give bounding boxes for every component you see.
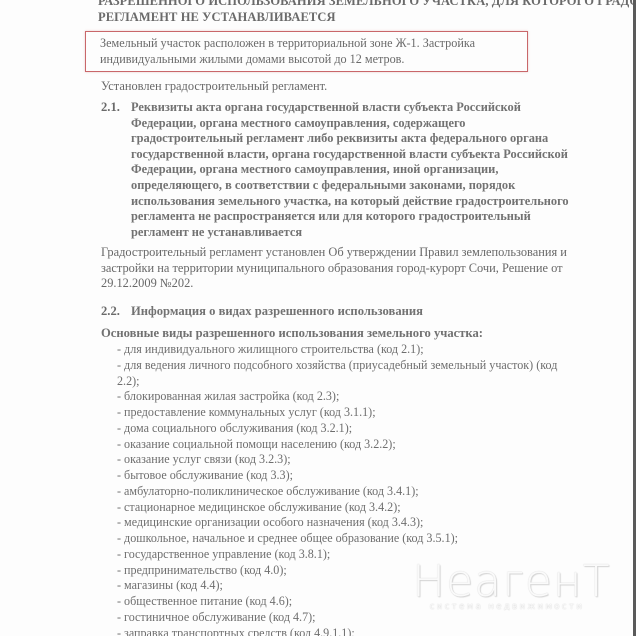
section-2-2-title: Информация о видах разрешенного использо… (131, 304, 423, 320)
list-item-text: - для индивидуального жилищного строител… (117, 342, 424, 356)
list-item: - дома социального обслуживания (код 3.2… (117, 421, 557, 437)
section-2-1-line: использования земельного участка, на кот… (131, 194, 569, 210)
list-item: - бытовое обслуживание (код 3.3); (117, 468, 557, 484)
highlight-box: Земельный участок расположен в территори… (85, 31, 528, 72)
list-item: - для индивидуального жилищного строител… (117, 342, 557, 358)
list-item: - медицинские организации особого назнач… (117, 515, 557, 531)
list-item-text: - блокированная жилая застройка (код 2.3… (117, 389, 339, 403)
section-2-1-line: Федерации, органа местного самоуправлени… (131, 116, 569, 132)
regulation-act-line-2: застройки на территории муниципального о… (101, 261, 567, 277)
regulation-act-line-3: 29.12.2009 №202. (101, 276, 567, 292)
list-item-text: - государственное управление (код 3.8.1)… (117, 547, 330, 561)
section-2-1-line: регламент не устанавливается (131, 225, 569, 241)
list-item: - гостиничное обслуживание (код 4.7); (117, 610, 557, 626)
list-item-text: - бытовое обслуживание (код 3.3); (117, 468, 293, 482)
list-item-text: - предоставление коммунальных услуг (код… (117, 405, 376, 419)
list-item-text: - оказание услуг связи (код 3.2.3); (117, 452, 291, 466)
section-2-1-line: государственной власти, органа государст… (131, 147, 569, 163)
list-item-text: - заправка транспортных средств (код 4.9… (117, 626, 355, 636)
section-2-1-body: Реквизиты акта органа государственной вл… (131, 100, 569, 240)
section-2-1-line: градостроительный регламент либо реквизи… (131, 131, 569, 147)
regulation-status: Установлен градостроительный регламент. (101, 79, 327, 95)
regulation-act: Градостроительный регламент установлен О… (101, 245, 567, 292)
main-uses-list: - для индивидуального жилищного строител… (117, 342, 557, 636)
list-item: - блокированная жилая застройка (код 2.3… (117, 389, 557, 405)
section-2-1-line: определяющего, в соответствии с федераль… (131, 178, 569, 194)
section-2-1-line: регламента не распространяется или для к… (131, 209, 569, 225)
list-item: - государственное управление (код 3.8.1)… (117, 547, 557, 563)
list-item: - предпринимательство (код 4.0); (117, 563, 557, 579)
list-item-text: - общественное питание (код 4.6); (117, 594, 292, 608)
list-item-text: - медицинские организации особого назнач… (117, 515, 423, 529)
list-item: - магазины (код 4.4); (117, 578, 557, 594)
regulation-act-line-1: Градостроительный регламент установлен О… (101, 245, 567, 261)
list-item: - амбулаторно-поликлиническое обслуживан… (117, 484, 557, 500)
highlight-line-2: индивидуальными жилыми домами высотой до… (100, 51, 475, 67)
list-item: - оказание социальной помощи населению (… (117, 437, 557, 453)
list-item: - заправка транспортных средств (код 4.9… (117, 626, 557, 636)
list-item-text: - гостиничное обслуживание (код 4.7); (117, 610, 316, 624)
list-item: - для ведения личного подсобного хозяйст… (117, 358, 557, 390)
list-item: - стационарное медицинское обслуживание … (117, 500, 557, 516)
list-item-text: - дома социального обслуживания (код 3.2… (117, 421, 352, 435)
list-item-text: - стационарное медицинское обслуживание … (117, 500, 401, 514)
list-item-text: - магазины (код 4.4); (117, 578, 223, 592)
main-uses-title: Основные виды разрешенного использования… (101, 326, 483, 341)
section-2-2-number: 2.2. (101, 304, 120, 319)
list-item-text: - оказание социальной помощи населению (… (117, 437, 396, 451)
highlight-text: Земельный участок расположен в территори… (100, 35, 475, 67)
cut-heading-line: РАЗРЕШЕННОГО ИСПОЛЬЗОВАНИЯ ЗЕМЕЛЬНОГО УЧ… (98, 0, 633, 9)
list-item: - дошкольное, начальное и среднее общее … (117, 531, 557, 547)
section-2-1-line: Федерации, органа местного самоуправлени… (131, 162, 569, 178)
list-item: - общественное питание (код 4.6); (117, 594, 557, 610)
list-item-continuation: 2.2); (117, 374, 557, 390)
list-item-text: - амбулаторно-поликлиническое обслуживан… (117, 484, 419, 498)
list-item-text: - для ведения личного подсобного хозяйст… (117, 358, 557, 372)
list-item-text: - предпринимательство (код 4.0); (117, 563, 287, 577)
cut-heading: РАЗРЕШЕННОГО ИСПОЛЬЗОВАНИЯ ЗЕМЕЛЬНОГО УЧ… (98, 0, 633, 25)
list-item-text: - дошкольное, начальное и среднее общее … (117, 531, 458, 545)
list-item: - предоставление коммунальных услуг (код… (117, 405, 557, 421)
document-page: РАЗРЕШЕННОГО ИСПОЛЬЗОВАНИЯ ЗЕМЕЛЬНОГО УЧ… (0, 0, 633, 636)
list-item: - оказание услуг связи (код 3.2.3); (117, 452, 557, 468)
section-2-1-line: Реквизиты акта органа государственной вл… (131, 100, 569, 116)
section-2-1-number: 2.1. (101, 100, 120, 115)
heading-line: РЕГЛАМЕНТ НЕ УСТАНАВЛИВАЕТСЯ (98, 9, 633, 25)
highlight-line-1: Земельный участок расположен в территори… (100, 35, 475, 51)
